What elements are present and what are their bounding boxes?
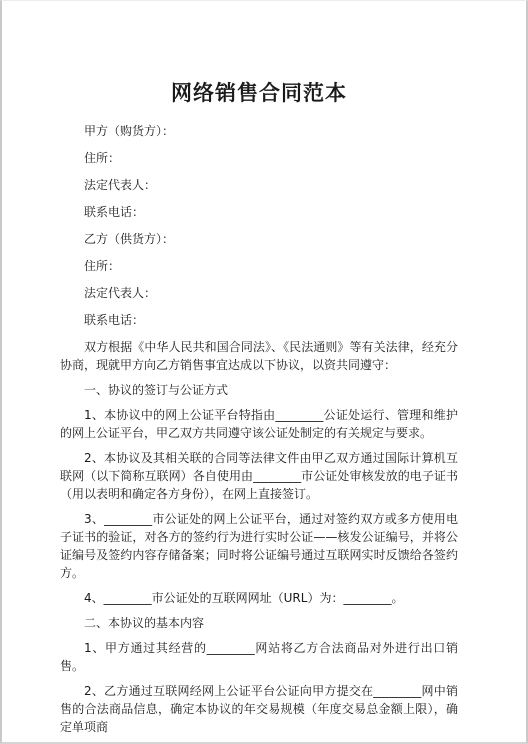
party-a-legal-rep-label: 法定代表人： bbox=[60, 176, 458, 194]
preamble-paragraph: 双方根据《中华人民共和国合同法》、《民法通则》等有关法律，经充分协商，现就甲方向… bbox=[60, 338, 458, 374]
party-a-label: 甲方（购货方）： bbox=[60, 122, 458, 140]
party-b-phone-label: 联系电话： bbox=[60, 311, 458, 329]
section-1-heading: 一、协议的签订与公证方式 bbox=[60, 381, 458, 399]
section-2-heading: 二、本协议的基本内容 bbox=[60, 614, 458, 632]
party-b-address-label: 住所： bbox=[60, 257, 458, 275]
party-a-address-label: 住所： bbox=[60, 149, 458, 167]
party-b-label: 乙方（供货方）： bbox=[60, 230, 458, 248]
section-1-clause-4: 4、________市公证处的互联网网址（URL）为：________。 bbox=[60, 589, 458, 607]
section-1-clause-3: 3、________市公证处的网上公证平台，通过对签约双方或多方使用电子证书的验… bbox=[60, 510, 458, 582]
section-2-clause-1: 1、甲方通过其经营的________网站将乙方合法商品对外进行出口销售。 bbox=[60, 639, 458, 675]
section-1-clause-2: 2、本协议及其相关联的合同等法律文件由甲乙双方通过国际计算机互联网（以下简称互联… bbox=[60, 449, 458, 503]
party-a-phone-label: 联系电话： bbox=[60, 203, 458, 221]
party-b-legal-rep-label: 法定代表人： bbox=[60, 284, 458, 302]
contract-document-page: 网络销售合同范本 甲方（购货方）： 住所： 法定代表人： 联系电话： 乙方（供货… bbox=[0, 0, 528, 744]
section-2-clause-2-truncated: 2、乙方通过互联网经网上公证平台公证向甲方提交在________网中销售的合法商… bbox=[60, 682, 458, 736]
page-title: 网络销售合同范本 bbox=[60, 79, 458, 107]
section-1-clause-1: 1、本协议中的网上公证平台特指由________公证处运行、管理和维护的网上公证… bbox=[60, 406, 458, 442]
